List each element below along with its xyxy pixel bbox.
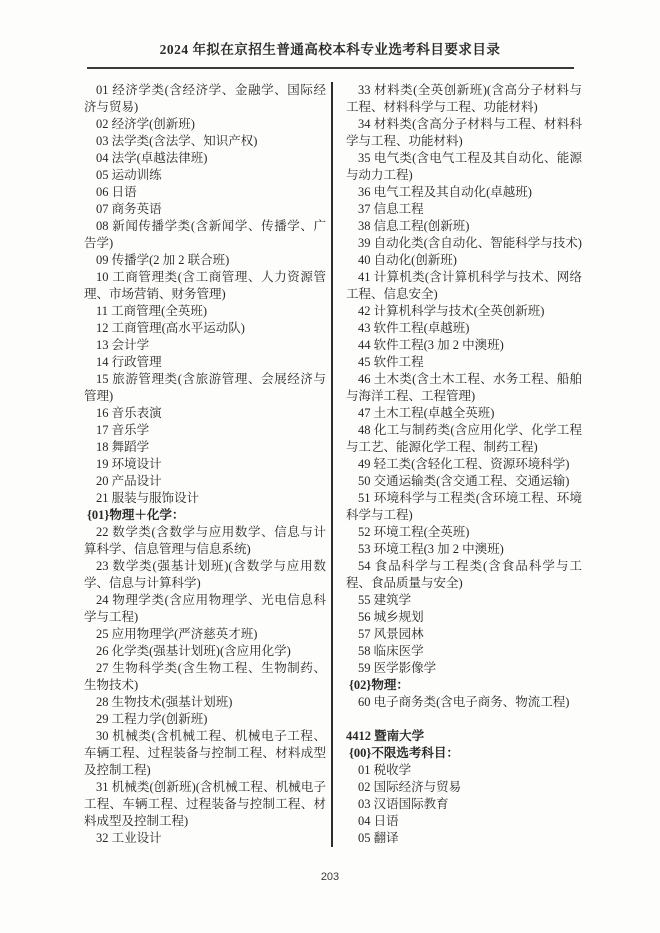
catalog-entry: 04 法学(卓越法律班) bbox=[84, 150, 326, 167]
left-column: 01 经济学类(含经济学、金融学、国际经济与贸易)02 经济学(创新班)03 法… bbox=[84, 82, 331, 847]
catalog-entry: 08 新闻传播学类(含新闻学、传播学、广告学) bbox=[84, 218, 326, 252]
catalog-entry: 26 化学类(强基计划班)(含应用化学) bbox=[84, 643, 326, 660]
catalog-entry: 44 软件工程(3 加 2 中澳班) bbox=[346, 337, 582, 354]
document-page: 2024 年拟在京招生普通高校本科专业选考科目要求目录 01 经济学类(含经济学… bbox=[0, 0, 660, 933]
title-rule bbox=[87, 67, 574, 69]
catalog-entry: 52 环境工程(全英班) bbox=[346, 524, 582, 541]
catalog-entry: 16 音乐表演 bbox=[84, 405, 326, 422]
catalog-entry: 54 食品科学与工程类(含食品科学与工程、食品质量与安全) bbox=[346, 558, 582, 592]
catalog-entry: 17 音乐学 bbox=[84, 422, 326, 439]
catalog-entry: 18 舞蹈学 bbox=[84, 439, 326, 456]
catalog-entry: 23 数学类(强基计划班)(含数学与应用数学、信息与计算科学) bbox=[84, 558, 326, 592]
catalog-entry: 03 法学类(含法学、知识产权) bbox=[84, 133, 326, 150]
page-number: 203 bbox=[0, 871, 660, 883]
catalog-entry: 47 土木工程(卓越全英班) bbox=[346, 405, 582, 422]
catalog-entry: 38 信息工程(创新班) bbox=[346, 218, 582, 235]
catalog-entry: 13 会计学 bbox=[84, 337, 326, 354]
catalog-entry: 55 建筑学 bbox=[346, 592, 582, 609]
catalog-entry: 05 运动训练 bbox=[84, 167, 326, 184]
catalog-entry: 46 土木类(含土木工程、水务工程、船舶与海洋工程、工程管理) bbox=[346, 371, 582, 405]
catalog-entry: 33 材料类(全英创新班)(含高分子材料与工程、材料科学与工程、功能材料) bbox=[346, 82, 582, 116]
catalog-entry: 50 交通运输类(含交通工程、交通运输) bbox=[346, 473, 582, 490]
catalog-entry: 59 医学影像学 bbox=[346, 660, 582, 677]
catalog-entry: 35 电气类(含电气工程及其自动化、能源与动力工程) bbox=[346, 150, 582, 184]
catalog-entry: 48 化工与制药类(含应用化学、化学工程与工艺、能源化学工程、制药工程) bbox=[346, 422, 582, 456]
catalog-entry: 19 环境设计 bbox=[84, 456, 326, 473]
catalog-entry: 31 机械类(创新班)(含机械工程、机械电子工程、车辆工程、过程装备与控制工程、… bbox=[84, 779, 326, 830]
catalog-entry: 01 税收学 bbox=[346, 762, 582, 779]
catalog-entry: 25 应用物理学(严济慈英才班) bbox=[84, 626, 326, 643]
catalog-entry: 51 环境科学与工程类(含环境工程、环境科学与工程) bbox=[346, 490, 582, 524]
catalog-entry: 34 材料类(含高分子材料与工程、材料科学与工程、功能材料) bbox=[346, 116, 582, 150]
catalog-entry: 21 服装与服饰设计 bbox=[84, 490, 326, 507]
catalog-entry: 24 物理学类(含应用物理学、光电信息科学与工程) bbox=[84, 592, 326, 626]
catalog-entry: 56 城乡规划 bbox=[346, 609, 582, 626]
university-header: 4412 暨南大学 bbox=[346, 728, 582, 745]
catalog-entry: 07 商务英语 bbox=[84, 201, 326, 218]
subject-group-header: {02}物理： bbox=[346, 677, 582, 694]
catalog-entry: 10 工商管理类(含工商管理、人力资源管理、市场营销、财务管理) bbox=[84, 269, 326, 303]
catalog-entry: 04 日语 bbox=[346, 813, 582, 830]
catalog-entry: 42 计算机科学与技术(全英创新班) bbox=[346, 303, 582, 320]
catalog-entry: 01 经济学类(含经济学、金融学、国际经济与贸易) bbox=[84, 82, 326, 116]
catalog-entry: 11 工商管理(全英班) bbox=[84, 303, 326, 320]
catalog-entry: 32 工业设计 bbox=[84, 830, 326, 847]
catalog-entry: 41 计算机类(含计算机科学与技术、网络工程、信息安全) bbox=[346, 269, 582, 303]
catalog-entry: 40 自动化(创新班) bbox=[346, 252, 582, 269]
catalog-entry: 45 软件工程 bbox=[346, 354, 582, 371]
catalog-entry: 30 机械类(含机械工程、机械电子工程、车辆工程、过程装备与控制工程、材料成型及… bbox=[84, 728, 326, 779]
catalog-entry: 57 风景园林 bbox=[346, 626, 582, 643]
page-title: 2024 年拟在京招生普通高校本科专业选考科目要求目录 bbox=[0, 0, 660, 58]
catalog-entry: 12 工商管理(高水平运动队) bbox=[84, 320, 326, 337]
catalog-entry: 43 软件工程(卓越班) bbox=[346, 320, 582, 337]
catalog-entry: 02 国际经济与贸易 bbox=[346, 779, 582, 796]
catalog-entry: 28 生物技术(强基计划班) bbox=[84, 694, 326, 711]
catalog-entry: 53 环境工程(3 加 2 中澳班) bbox=[346, 541, 582, 558]
catalog-entry: 15 旅游管理类(含旅游管理、会展经济与管理) bbox=[84, 371, 326, 405]
catalog-entry: 02 经济学(创新班) bbox=[84, 116, 326, 133]
subject-group-header: {01}物理＋化学： bbox=[84, 507, 326, 524]
catalog-entry: 36 电气工程及其自动化(卓越班) bbox=[346, 184, 582, 201]
catalog-entry: 22 数学类(含数学与应用数学、信息与计算科学、信息管理与信息系统) bbox=[84, 524, 326, 558]
catalog-entry: 05 翻译 bbox=[346, 830, 582, 847]
catalog-entry: 14 行政管理 bbox=[84, 354, 326, 371]
catalog-entry: 06 日语 bbox=[84, 184, 326, 201]
catalog-entry: 29 工程力学(创新班) bbox=[84, 711, 326, 728]
catalog-entry: 20 产品设计 bbox=[84, 473, 326, 490]
catalog-entry: 09 传播学(2 加 2 联合班) bbox=[84, 252, 326, 269]
catalog-entry: 27 生物科学类(含生物工程、生物制药、生物技术) bbox=[84, 660, 326, 694]
catalog-entry: 37 信息工程 bbox=[346, 201, 582, 218]
catalog-entry: 60 电子商务类(含电子商务、物流工程) bbox=[346, 694, 582, 711]
subject-group-header: {00}不限选考科目： bbox=[346, 745, 582, 762]
catalog-entry: 58 临床医学 bbox=[346, 643, 582, 660]
catalog-entry: 39 自动化类(含自动化、智能科学与技术) bbox=[346, 235, 582, 252]
catalog-content: 01 经济学类(含经济学、金融学、国际经济与贸易)02 经济学(创新班)03 法… bbox=[84, 82, 582, 847]
catalog-entry: 49 轻工类(含轻化工程、资源环境科学) bbox=[346, 456, 582, 473]
right-column: 33 材料类(全英创新班)(含高分子材料与工程、材料科学与工程、功能材料)34 … bbox=[331, 82, 582, 847]
catalog-entry: 03 汉语国际教育 bbox=[346, 796, 582, 813]
